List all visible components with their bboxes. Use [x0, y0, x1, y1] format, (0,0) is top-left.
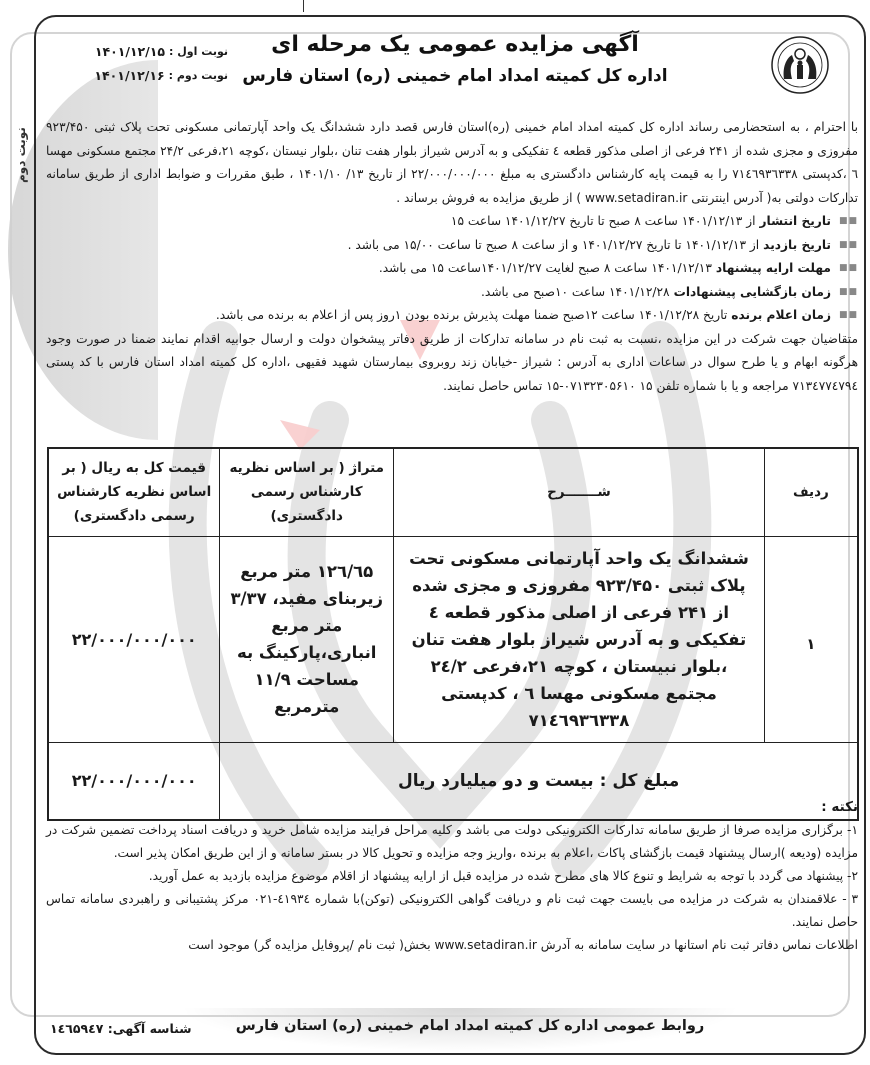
schedule-item: ■■ زمان بازگشایی پیشنهادات ۱۴۰۱/۱۲/۲۸ سا…	[46, 281, 858, 305]
bullet-squares-icon: ■■	[839, 304, 858, 328]
ad-id: شناسه آگهی: ۱٤٦۵۹٤۷	[50, 1021, 220, 1036]
cell-description: ششدانگ یک واحد آپارتمانی مسکونی تحت پلاک…	[394, 536, 765, 742]
schedule-text: از ۱۴۰۱/۱۲/۱۳ ساعت ۸ صبح تا تاریخ ۱۴۰۱/۱…	[451, 210, 756, 234]
notice-title: آگهی مزایده عمومی یک مرحله ای	[240, 32, 670, 57]
ad-id-label: شناسه آگهی:	[108, 1021, 192, 1036]
schedule-label: زمان اعلام برنده	[731, 304, 831, 328]
schedule-text: از ۱۴۰۱/۱۲/۱۳ تا تاریخ ۱۴۰۱/۱۲/۲۷ و از س…	[348, 234, 760, 258]
intro-paragraph: با احترام ، به استحضارمی رساند اداره کل …	[46, 116, 858, 210]
note-item: ۱- برگزاری مزایده صرفا از طریق سامانه تد…	[46, 819, 858, 865]
schedule-label: تاریخ انتشار	[759, 210, 831, 234]
notice-body: با احترام ، به استحضارمی رساند اداره کل …	[46, 116, 858, 398]
table-row: ۱ ششدانگ یک واحد آپارتمانی مسکونی تحت پل…	[48, 536, 858, 742]
round-dates: نوبت اول : ۱۴۰۱/۱۲/۱۵ نوبت دوم : ۱۴۰۱/۱۲…	[48, 40, 228, 88]
header-description: شـــــــرح	[394, 448, 765, 536]
notice-subtitle: اداره کل کمیته امداد امام خمینی (ره) است…	[240, 66, 670, 86]
notes-section: نکته : ۱- برگزاری مزایده صرفا از طریق سا…	[46, 796, 858, 957]
relief-foundation-logo-icon	[770, 35, 830, 95]
schedule-label: زمان بازگشایی پیشنهادات	[674, 281, 831, 305]
round-second-date: ۱۴۰۱/۱۲/۱۶	[94, 64, 164, 88]
round-first-label: نوبت اول :	[169, 40, 228, 64]
footer-publisher: روابط عمومی اداره کل کمیته امداد امام خم…	[230, 1018, 710, 1034]
applicants-paragraph: متقاضیان جهت شرکت در این مزایده ،نسبت به…	[46, 328, 858, 399]
bullet-squares-icon: ■■	[839, 281, 858, 305]
schedule-item: ■■ تاریخ بازدید از ۱۴۰۱/۱۲/۱۳ تا تاریخ ۱…	[46, 234, 858, 258]
note-item: اطلاعات نماس دفاتر ثبت نام استانها در سا…	[46, 934, 858, 957]
schedule-label: تاریخ بازدید	[763, 234, 831, 258]
schedule-text: ۱۴۰۱/۱۲/۲۸ ساعت ۱۰صبح می باشد.	[481, 281, 670, 305]
notes-heading: نکته :	[46, 796, 858, 819]
ad-id-value: ۱٤٦۵۹٤۷	[50, 1021, 103, 1036]
auction-items-table: ردیف شـــــــرح متراژ ( بر اساس نظریه کا…	[47, 447, 859, 821]
round-second-label: نوبت دوم :	[169, 64, 228, 88]
schedule-item: ■■ زمان اعلام برنده تاریخ ۱۴۰۱/۱۲/۲۸ ساع…	[46, 304, 858, 328]
table-header-row: ردیف شـــــــرح متراژ ( بر اساس نظریه کا…	[48, 448, 858, 536]
round-first-date: ۱۴۰۱/۱۲/۱۵	[95, 40, 165, 64]
cell-area: ۱۲٦/٦۵ متر مربع زیربنای مفید، ۳/۳۷ متر م…	[220, 536, 394, 742]
note-item: ۲- پیشنهاد می گردد با توجه به شرایط و تن…	[46, 865, 858, 888]
schedule-item: ■■ تاریخ انتشار از ۱۴۰۱/۱۲/۱۳ ساعت ۸ صبح…	[46, 210, 858, 234]
round-second: نوبت دوم : ۱۴۰۱/۱۲/۱۶	[48, 64, 228, 88]
cell-price: ۲۲/۰۰۰/۰۰۰/۰۰۰	[48, 536, 220, 742]
bullet-squares-icon: ■■	[839, 210, 858, 234]
schedule-label: مهلت ارایه پیشنهاد	[716, 257, 831, 281]
schedule-text: ۱۴۰۱/۱۲/۱۳ ساعت ۸ صبح لغایت ۱۴۰۱/۱۲/۲۷سا…	[379, 257, 712, 281]
header-area: متراژ ( بر اساس نظریه کارشناس رسمی دادگس…	[220, 448, 394, 536]
header-row-number: ردیف	[764, 448, 858, 536]
note-item: ۳ - علاقمندان به شرکت در مزایده می بایست…	[46, 888, 858, 934]
schedule-item: ■■ مهلت ارایه پیشنهاد ۱۴۰۱/۱۲/۱۳ ساعت ۸ …	[46, 257, 858, 281]
bullet-squares-icon: ■■	[839, 234, 858, 258]
round-first: نوبت اول : ۱۴۰۱/۱۲/۱۵	[48, 40, 228, 64]
header-price: قیمت کل به ریال ( بر اساس نظریه کارشناس …	[48, 448, 220, 536]
schedule-text: تاریخ ۱۴۰۱/۱۲/۲۸ ساعت ۱۲صبح ضمنا مهلت پذ…	[216, 304, 727, 328]
cell-row-number: ۱	[764, 536, 858, 742]
bullet-squares-icon: ■■	[839, 257, 858, 281]
top-tick-mark	[303, 0, 304, 12]
side-round-label: نوبت دوم	[14, 100, 36, 210]
